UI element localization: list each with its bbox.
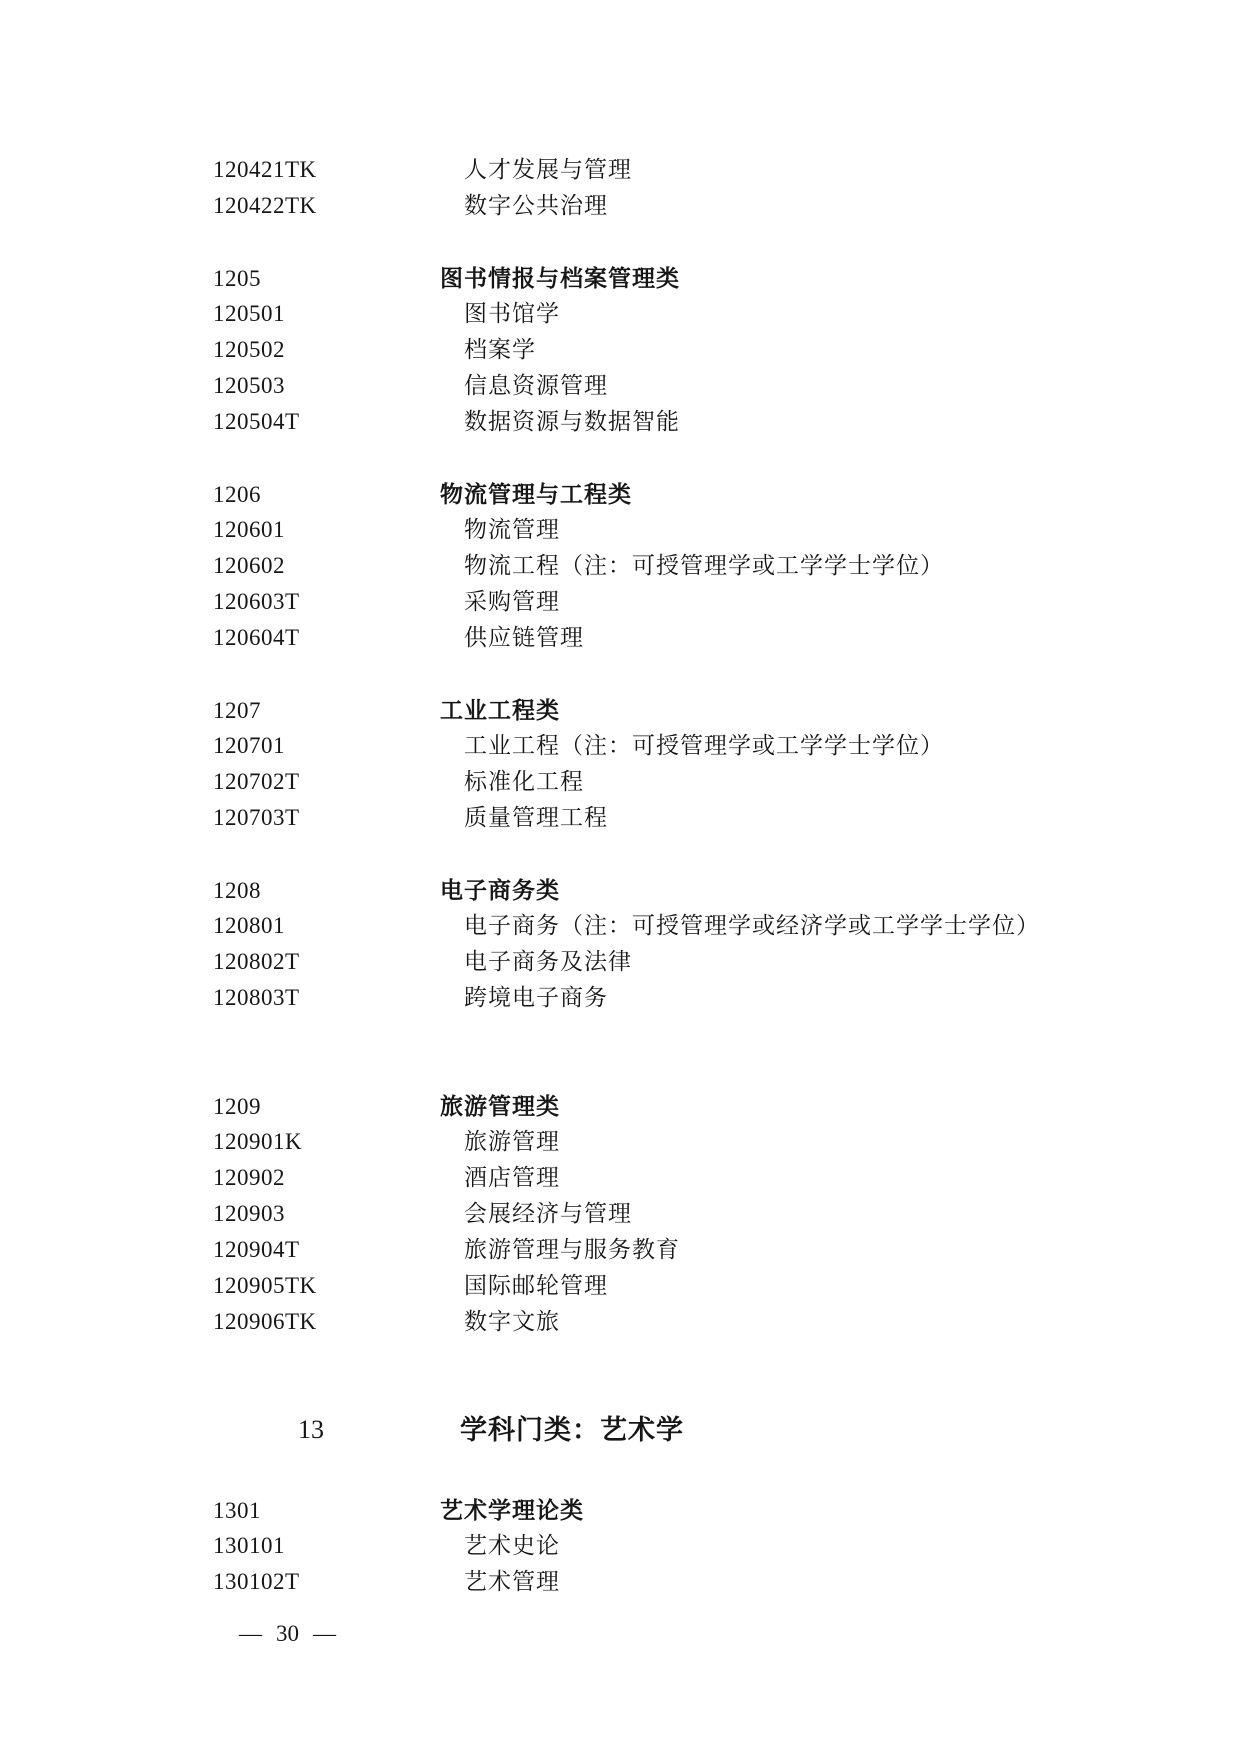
footer-right-dash: — [313,1616,336,1652]
category-code: 1206 [213,477,440,513]
major-row: 120701工业工程（注：可授管理学或工学学士学位） [0,728,1241,764]
major-row: 120703T质量管理工程 [0,800,1241,836]
category-name: 旅游管理类 [440,1093,560,1119]
page-number: 30 [276,1616,299,1652]
major-name: 供应链管理 [464,625,584,650]
category-code: 1301 [213,1493,440,1529]
major-name: 物流管理 [464,517,560,542]
major-code: 120903 [213,1196,464,1232]
major-code: 120604T [213,620,464,656]
major-name: 数据资源与数据智能 [464,409,680,434]
major-name: 物流工程（注：可授管理学或工学学士学位） [464,553,944,578]
major-name: 工业工程（注：可授管理学或工学学士学位） [464,733,944,758]
category-code: 1207 [213,693,440,729]
major-code: 120602 [213,548,464,584]
major-code: 120905TK [213,1268,464,1304]
major-name: 采购管理 [464,589,560,614]
major-name: 档案学 [464,337,536,362]
chapter-title: 学科门类：艺术学 [460,1408,684,1452]
footer-left-dash: — [239,1616,262,1652]
major-row: 120601物流管理 [0,512,1241,548]
major-code: 120503 [213,368,464,404]
category-row: 1301艺术学理论类 [0,1492,1241,1528]
major-code: 120902 [213,1160,464,1196]
category-row: 1209旅游管理类 [0,1088,1241,1124]
category-row: 1208电子商务类 [0,872,1241,908]
major-row: 120702T标准化工程 [0,764,1241,800]
major-row: 120503信息资源管理 [0,368,1241,404]
major-code: 120603T [213,584,464,620]
major-row: 120421TK人才发展与管理 [0,152,1241,188]
major-row: 130101艺术史论 [0,1528,1241,1564]
major-name: 旅游管理与服务教育 [464,1237,680,1262]
major-code: 120501 [213,296,464,332]
major-row: 120603T采购管理 [0,584,1241,620]
category-row: 1206物流管理与工程类 [0,476,1241,512]
major-name: 电子商务及法律 [464,949,632,974]
major-row: 120905TK国际邮轮管理 [0,1268,1241,1304]
major-row: 130102T艺术管理 [0,1564,1241,1600]
category-row: 1205图书情报与档案管理类 [0,260,1241,296]
major-row: 120604T供应链管理 [0,620,1241,656]
major-row: 120903会展经济与管理 [0,1196,1241,1232]
major-row: 120422TK数字公共治理 [0,188,1241,224]
major-code: 120702T [213,764,464,800]
document-page: 120421TK人才发展与管理 120422TK数字公共治理 1205图书情报与… [0,0,1241,1755]
major-row: 120802T电子商务及法律 [0,944,1241,980]
major-name: 艺术史论 [464,1533,560,1558]
major-row: 120803T跨境电子商务 [0,980,1241,1016]
chapter-number: 13 [298,1408,460,1452]
major-name: 图书馆学 [464,301,560,326]
major-name: 质量管理工程 [464,805,608,830]
major-row: 120902酒店管理 [0,1160,1241,1196]
major-row: 120504T数据资源与数据智能 [0,404,1241,440]
category-name: 电子商务类 [440,877,560,903]
major-name: 数字文旅 [464,1309,560,1334]
major-name: 电子商务（注：可授管理学或经济学或工学学士学位） [464,913,1040,938]
major-row: 120602物流工程（注：可授管理学或工学学士学位） [0,548,1241,584]
major-code: 120906TK [213,1304,464,1340]
category-name: 艺术学理论类 [440,1497,584,1523]
major-code: 120802T [213,944,464,980]
page-footer: —30— [0,1616,1241,1652]
major-name: 人才发展与管理 [464,157,632,182]
catalog-content: 120421TK人才发展与管理 120422TK数字公共治理 1205图书情报与… [0,0,1241,1652]
category-code: 1209 [213,1089,440,1125]
category-name: 图书情报与档案管理类 [440,265,680,291]
major-code: 120904T [213,1232,464,1268]
major-row: 120906TK数字文旅 [0,1304,1241,1340]
major-name: 艺术管理 [464,1569,560,1594]
major-code: 120901K [213,1124,464,1160]
major-name: 国际邮轮管理 [464,1273,608,1298]
major-row: 120501图书馆学 [0,296,1241,332]
chapter-heading: 13 学科门类：艺术学 [0,1408,1241,1452]
major-name: 信息资源管理 [464,373,608,398]
major-name: 酒店管理 [464,1165,560,1190]
major-code: 120504T [213,404,464,440]
major-code: 130101 [213,1528,464,1564]
major-row: 120901K旅游管理 [0,1124,1241,1160]
major-code: 120801 [213,908,464,944]
major-code: 120421TK [213,152,464,188]
major-row: 120904T旅游管理与服务教育 [0,1232,1241,1268]
major-code: 120502 [213,332,464,368]
category-code: 1208 [213,873,440,909]
major-name: 旅游管理 [464,1129,560,1154]
major-code: 120422TK [213,188,464,224]
major-code: 120803T [213,980,464,1016]
major-name: 跨境电子商务 [464,985,608,1010]
category-name: 物流管理与工程类 [440,481,632,507]
category-row: 1207工业工程类 [0,692,1241,728]
major-name: 数字公共治理 [464,193,608,218]
major-name: 会展经济与管理 [464,1201,632,1226]
category-name: 工业工程类 [440,697,560,723]
major-code: 120601 [213,512,464,548]
major-row: 120502档案学 [0,332,1241,368]
major-name: 标准化工程 [464,769,584,794]
major-code: 120701 [213,728,464,764]
major-row: 120801电子商务（注：可授管理学或经济学或工学学士学位） [0,908,1241,944]
major-code: 130102T [213,1564,464,1600]
category-code: 1205 [213,261,440,297]
major-code: 120703T [213,800,464,836]
